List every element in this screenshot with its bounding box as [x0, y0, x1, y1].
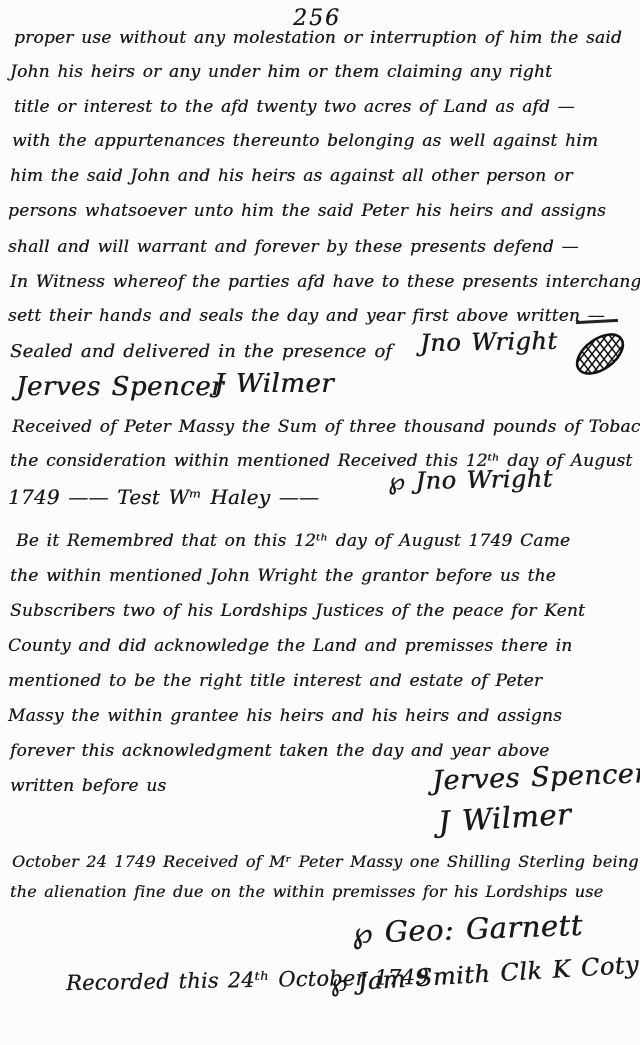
grantor-signature: Jno Wright [420, 327, 558, 357]
ack-line-2: the within mentioned John Wright the gra… [10, 566, 556, 586]
deed-line-5: him the said John and his heirs as again… [10, 166, 573, 186]
receipt-date-attest: 1749 —— Test Wᵐ Haley —— [8, 485, 319, 509]
deed-line-8: In Witness whereof the parties afd have … [10, 272, 640, 292]
seal-icon [568, 326, 632, 382]
ack-line-4: County and did acknowledge the Land and … [8, 636, 572, 656]
deed-line-7: shall and will warrant and forever by th… [8, 237, 579, 257]
ack-line-6: Massy the within grantee his heirs and h… [8, 706, 562, 726]
ack-line-5: mentioned to be the right title interest… [8, 671, 542, 691]
deed-line-3: title or interest to the afd twenty two … [14, 97, 575, 117]
ack-line-7: forever this acknowledgment taken the da… [10, 741, 549, 761]
deed-line-4: with the appurtenances thereunto belongi… [12, 131, 598, 151]
receipt-signature-wright: ℘ Jno Wright [388, 465, 553, 496]
clerk-signature: ℘ Jam Smith Clk K Coty [329, 951, 639, 998]
receipt-line-1: Received of Peter Massy the Sum of three… [12, 417, 640, 437]
ack-signature-wilmer: J Wilmer [437, 797, 572, 839]
alienation-line-2: the alienation fine due on the within pr… [10, 882, 603, 901]
witness-signature-spencer: Jerves Spencer [16, 372, 224, 402]
alienation-line-1: October 24 1749 Received of Mʳ Peter Mas… [12, 852, 639, 871]
deed-line-6: persons whatsoever unto him the said Pet… [8, 201, 606, 221]
ack-signature-spencer: Jerves Spencer [432, 758, 640, 797]
ack-line-1: Be it Remembred that on this 12ᵗʰ day of… [16, 531, 570, 551]
ack-line-3: Subscribers two of his Lordships Justice… [10, 601, 585, 621]
attestation-clause: Sealed and delivered in the presence of [10, 341, 392, 362]
document-scan: 256 proper use without any molestation o… [0, 0, 640, 1045]
ack-line-8: written before us [10, 776, 166, 796]
alienation-signature-garnett: ℘ Geo: Garnett [351, 908, 583, 950]
deed-line-2: John his heirs or any under him or them … [10, 62, 552, 82]
deed-line-9: sett their hands and seals the day and y… [8, 306, 605, 326]
witness-signature-wilmer: J Wilmer [214, 369, 334, 399]
deed-line-1: proper use without any molestation or in… [14, 28, 622, 48]
